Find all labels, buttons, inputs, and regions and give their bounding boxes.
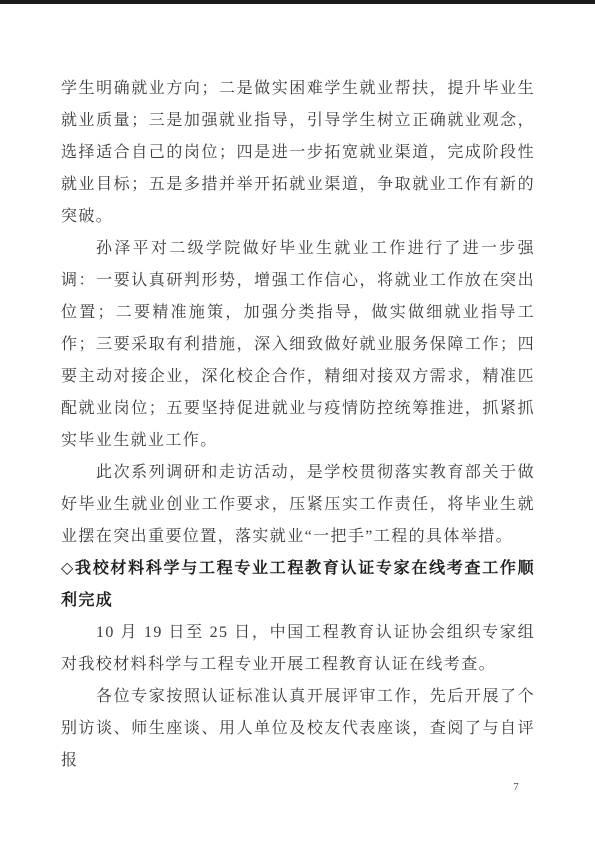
scan-edge-artifact [0,0,595,4]
paragraph: 此次系列调研和走访活动，是学校贯彻落实教育部关于做好毕业生就业创业工作要求，压紧… [61,457,535,553]
document-page: 学生明确就业方向；二是做实困难学生就业帮扶，提升毕业生就业质量；三是加强就业指导… [0,0,595,841]
document-body: 学生明确就业方向；二是做实困难学生就业帮扶，提升毕业生就业质量；三是加强就业指导… [61,73,535,777]
paragraph: 孙泽平对二级学院做好毕业生就业工作进行了进一步强调：一要认真研判形势，增强工作信… [61,233,535,457]
page-number: 7 [506,781,526,793]
paragraph: 学生明确就业方向；二是做实困难学生就业帮扶，提升毕业生就业质量；三是加强就业指导… [61,73,535,233]
paragraph: 各位专家按照认证标准认真开展评审工作，先后开展了个别访谈、师生座谈、用人单位及校… [61,681,535,777]
section-heading: ◇我校材料科学与工程专业工程教育认证专家在线考查工作顺利完成 [61,553,535,617]
paragraph: 10 月 19 日至 25 日，中国工程教育认证协会组织专家组对我校材料科学与工… [61,617,535,681]
